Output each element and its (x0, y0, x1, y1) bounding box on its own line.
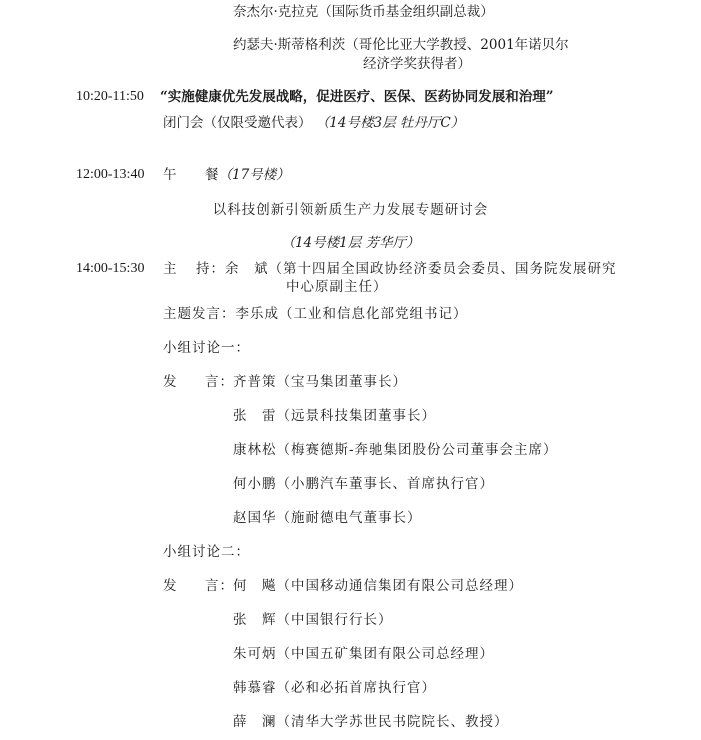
lunch-label-a: 午 (163, 166, 177, 184)
session-location: （14号楼3层 牡丹厅C） (316, 115, 464, 131)
speaker-name: 约瑟夫·斯蒂格利茨 (233, 37, 345, 53)
seminar-time: 14:00-15:30 (76, 260, 144, 278)
seminar-title: 以科技创新引领新质生产力发展专题研讨会 (0, 201, 701, 219)
lunch-label-b: 餐 (205, 167, 219, 183)
keynote-name: 李乐成 (236, 306, 280, 322)
host-label-a: 主 (163, 260, 178, 278)
group1-speaker: 赵国华（施耐德电气董事长） (233, 509, 422, 527)
speaker-title: （必和必拓首席执行官） (277, 680, 437, 696)
group1-speak-label-b: 言： (205, 373, 234, 391)
lunch-time: 12:00-13:40 (76, 166, 144, 184)
host-title: （第十四届全国政协经济委员会委员、国务院发展研究 (269, 261, 617, 277)
speaker-name: 奈杰尔·克拉克 (233, 4, 318, 20)
group1-speaker: 齐普策（宝马集团董事长） (233, 373, 407, 391)
group2-speaker: 张 辉（中国银行行长） (233, 611, 393, 629)
group1-label: 小组讨论一： (163, 339, 250, 357)
speaker-title-continued: 经济学奖获得者） (363, 55, 471, 73)
group2-speaker: 朱可炳（中国五矿集团有限公司总经理） (233, 645, 494, 663)
speaker-title: （清华大学苏世民书院院长、教授） (277, 714, 509, 730)
speaker-name: 朱可炳 (233, 646, 277, 662)
speaker-title: （小鹏汽车董事长、首席执行官） (277, 476, 495, 492)
host-label-b: 持： (196, 261, 225, 277)
group2-speak-label-a: 发 (163, 577, 178, 595)
speaker-name: 康林松 (233, 442, 277, 458)
host-title-continued: 中心原副主任） (286, 278, 388, 296)
speaker-title: （中国银行行长） (277, 612, 393, 628)
keynote-line: 主题发言：李乐成（工业和信息化部党组书记） (163, 305, 468, 323)
speaker-title: （中国五矿集团有限公司总经理） (277, 646, 495, 662)
speaker-line: 奈杰尔·克拉克（国际货币基金组织副总裁） (233, 3, 494, 21)
speaker-name: 赵国华 (233, 510, 277, 526)
lunch-location: （17号楼） (219, 167, 290, 183)
keynote-title: （工业和信息化部党组书记） (279, 306, 468, 322)
speaker-title: （中国移动通信集团有限公司总经理） (277, 578, 524, 594)
group2-speaker: 韩慕睿（必和必拓首席执行官） (233, 679, 436, 697)
speaker-title: （远景科技集团董事长） (277, 408, 437, 424)
speaker-title: （梅赛德斯-奔驰集团股份公司董事会主席） (277, 442, 558, 458)
host-name: 余 斌 (225, 261, 269, 277)
group2-speaker: 薛 澜（清华大学苏世民书院院长、教授） (233, 713, 509, 731)
speaker-name: 张 辉 (233, 612, 277, 628)
seminar-location: （14号楼1层 芳华厅） (0, 234, 701, 252)
speaker-name: 何小鹏 (233, 476, 277, 492)
group1-speaker: 康林松（梅赛德斯-奔驰集团股份公司董事会主席） (233, 441, 558, 459)
session-subtitle-line: 闭门会（仅限受邀代表） （14号楼3层 牡丹厅C） (163, 114, 464, 132)
speaker-name: 韩慕睿 (233, 680, 277, 696)
speaker-title: （宝马集团董事长） (277, 374, 408, 390)
group2-speaker: 何 飚（中国移动通信集团有限公司总经理） (233, 577, 523, 595)
speaker-line: 约瑟夫·斯蒂格利茨（哥伦比亚大学教授、2001年诺贝尔 (233, 36, 569, 54)
speaker-name: 张 雷 (233, 408, 277, 424)
group2-speak-label-b: 言： (205, 577, 234, 595)
speaker-title: （国际货币基金组织副总裁） (318, 4, 494, 20)
session-time: 10:20-11:50 (76, 88, 144, 106)
session-subtitle: 闭门会（仅限受邀代表） (163, 115, 312, 131)
keynote-label: 主题发言： (163, 306, 236, 322)
speaker-title: （施耐德电气董事长） (277, 510, 422, 526)
lunch-line: 餐（17号楼） (205, 166, 290, 184)
group2-label: 小组讨论二： (163, 543, 250, 561)
session-title: “实施健康优先发展战略，促进医疗、医保、医药协同发展和治理” (160, 88, 554, 106)
group1-speaker: 何小鹏（小鹏汽车董事长、首席执行官） (233, 475, 494, 493)
host-line: 持：余 斌（第十四届全国政协经济委员会委员、国务院发展研究 (196, 260, 617, 278)
group1-speaker: 张 雷（远景科技集团董事长） (233, 407, 436, 425)
speaker-name: 齐普策 (233, 374, 277, 390)
group1-speak-label-a: 发 (163, 373, 178, 391)
speaker-title: （哥伦比亚大学教授、2001年诺贝尔 (345, 37, 568, 53)
speaker-name: 薛 澜 (233, 714, 277, 730)
speaker-name: 何 飚 (233, 578, 277, 594)
